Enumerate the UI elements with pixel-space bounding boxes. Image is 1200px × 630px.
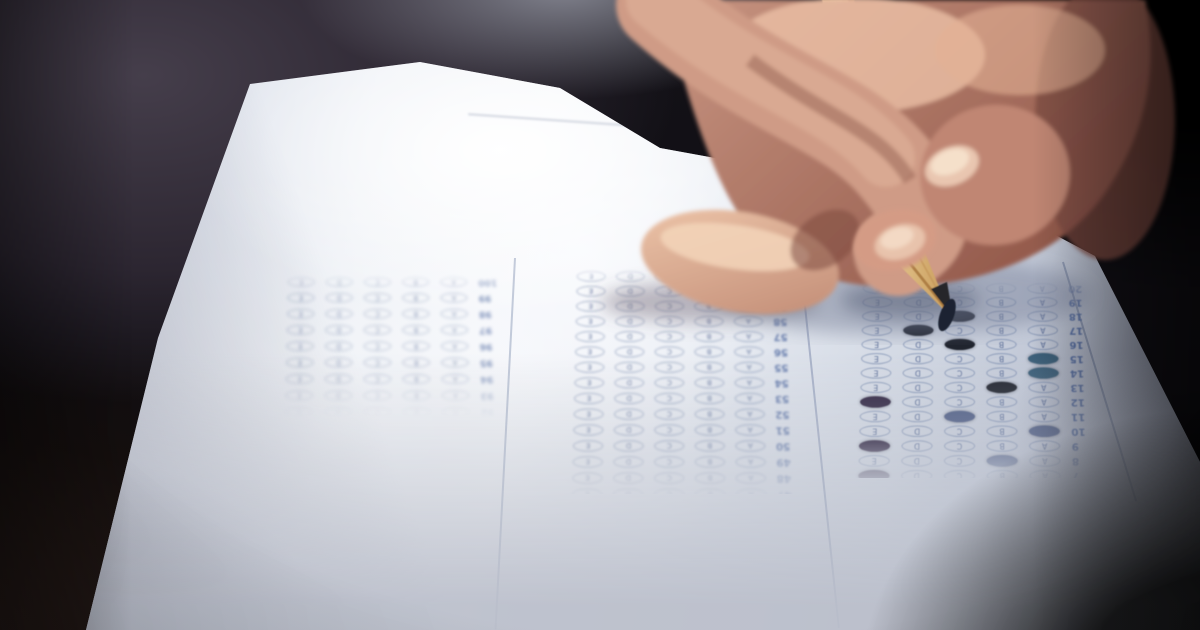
photo-scene: 92ABCDE93ABCDE94ABCDE95ABCDE96ABCDE97ABC… (0, 0, 1200, 630)
hand-holding-pencil (560, 0, 1200, 345)
hand (630, 0, 1175, 329)
knuckle-highlight (935, 5, 1105, 95)
